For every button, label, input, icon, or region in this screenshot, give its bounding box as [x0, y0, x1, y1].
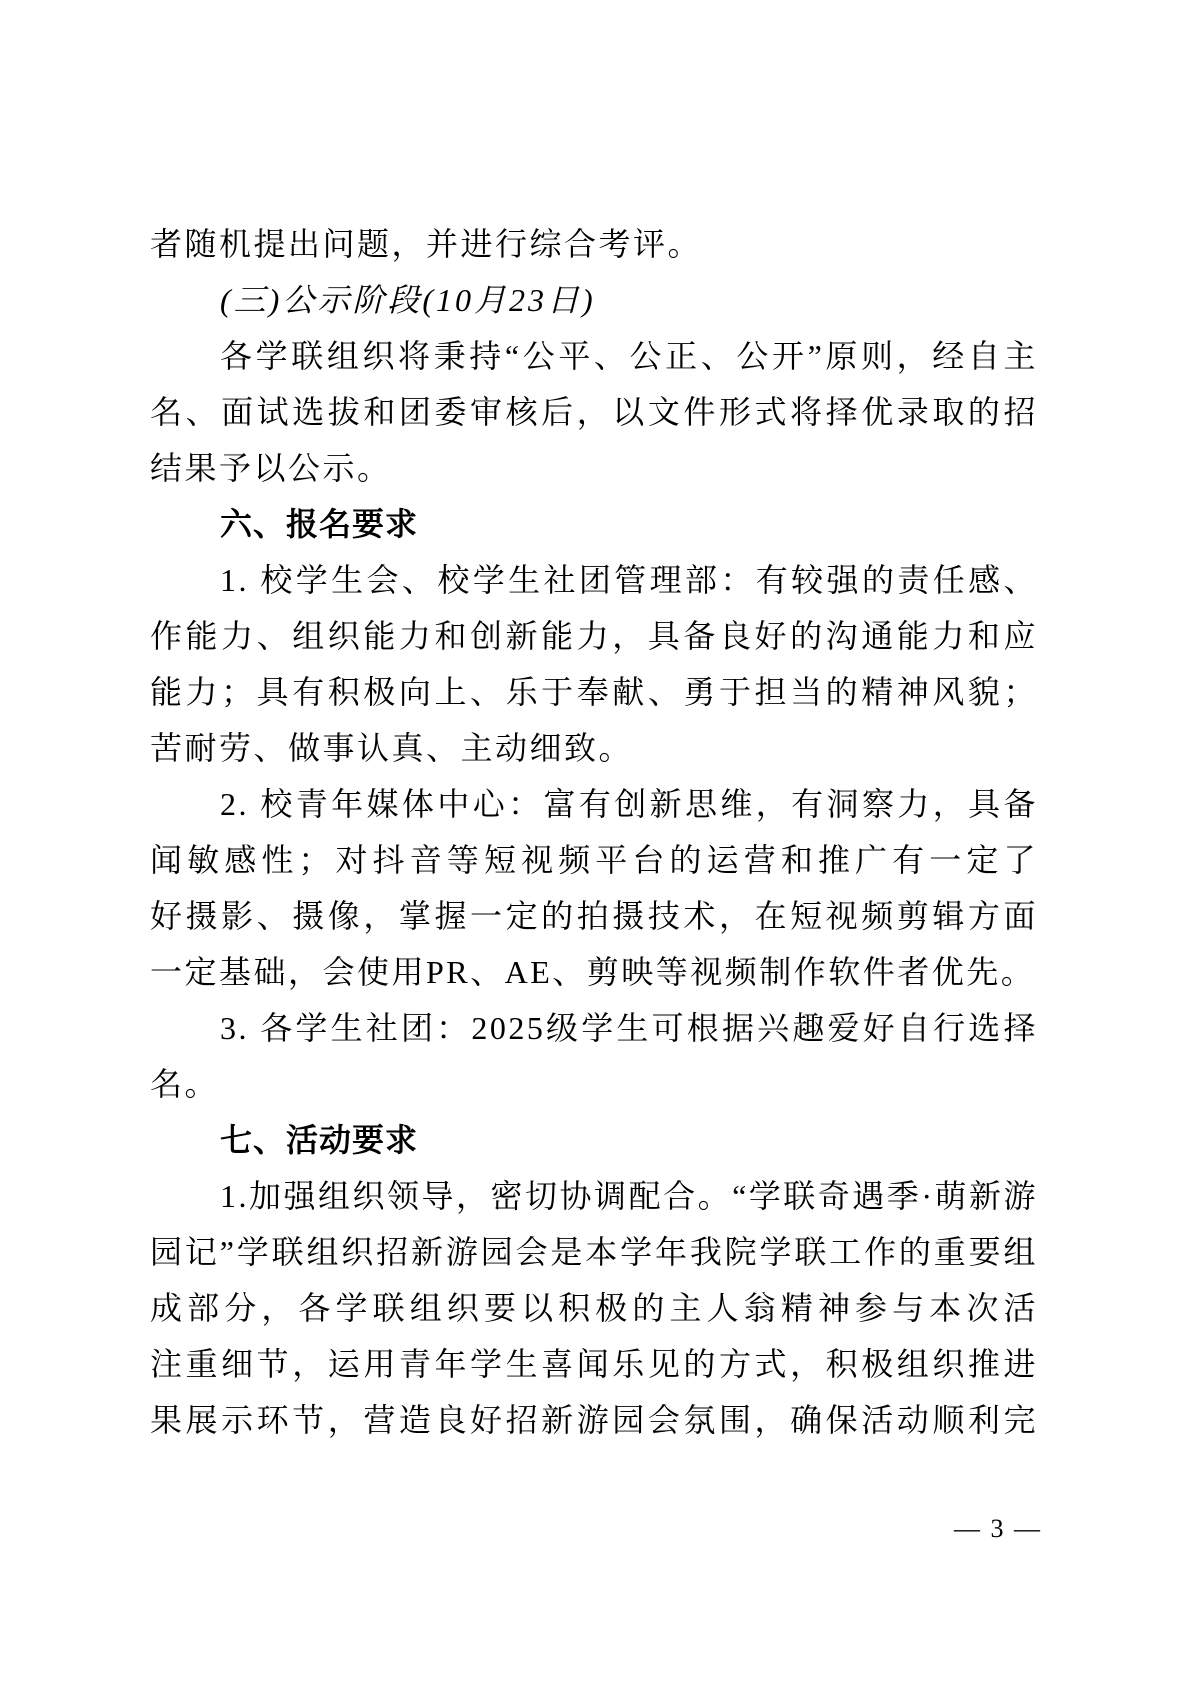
text-line: 各学联组织将秉持“公平、公正、公开”原则，经自主报: [150, 328, 1038, 384]
document-body: 者随机提出问题，并进行综合考评。(三)公示阶段(10月23日)各学联组织将秉持“…: [150, 216, 1038, 1448]
text-line: 果展示环节，营造良好招新游园会氛围，确保活动顺利完成。: [150, 1392, 1038, 1448]
text-line: 一定基础，会使用PR、AE、剪映等视频制作软件者优先。: [150, 944, 1038, 1000]
text-line: 结果予以公示。: [150, 440, 1038, 496]
text-line: (三)公示阶段(10月23日): [150, 272, 1038, 328]
text-line: 名。: [150, 1056, 1038, 1112]
text-line: 者随机提出问题，并进行综合考评。: [150, 216, 1038, 272]
text-line: 园记”学联组织招新游园会是本学年我院学联工作的重要组: [150, 1224, 1038, 1280]
text-line: 成部分，各学联组织要以积极的主人翁精神参与本次活动，: [150, 1280, 1038, 1336]
text-line: 1. 校学生会、校学生社团管理部：有较强的责任感、协: [150, 552, 1038, 608]
text-line: 苦耐劳、做事认真、主动细致。: [150, 720, 1038, 776]
section-heading: 七、活动要求: [150, 1112, 1038, 1168]
text-line: 好摄影、摄像，掌握一定的拍摄技术，在短视频剪辑方面有: [150, 888, 1038, 944]
text-line: 1.加强组织领导，密切协调配合。“学联奇遇季·萌新游: [150, 1168, 1038, 1224]
text-line: 3. 各学生社团：2025级学生可根据兴趣爱好自行选择报: [150, 1000, 1038, 1056]
text-line: 名、面试选拔和团委审核后，以文件形式将择优录取的招新: [150, 384, 1038, 440]
text-line: 注重细节，运用青年学生喜闻乐见的方式，积极组织推进成: [150, 1336, 1038, 1392]
text-line: 闻敏感性；对抖音等短视频平台的运营和推广有一定了解；爱: [150, 832, 1038, 888]
text-line: 2. 校青年媒体中心：富有创新思维，有洞察力，具备新: [150, 776, 1038, 832]
text-line: 作能力、组织能力和创新能力，具备良好的沟通能力和应变: [150, 608, 1038, 664]
document-page: 者随机提出问题，并进行综合考评。(三)公示阶段(10月23日)各学联组织将秉持“…: [0, 0, 1190, 1683]
section-heading: 六、报名要求: [150, 496, 1038, 552]
page-number: — 3 —: [954, 1512, 1042, 1546]
text-line: 能力；具有积极向上、乐于奉献、勇于担当的精神风貌；吃: [150, 664, 1038, 720]
